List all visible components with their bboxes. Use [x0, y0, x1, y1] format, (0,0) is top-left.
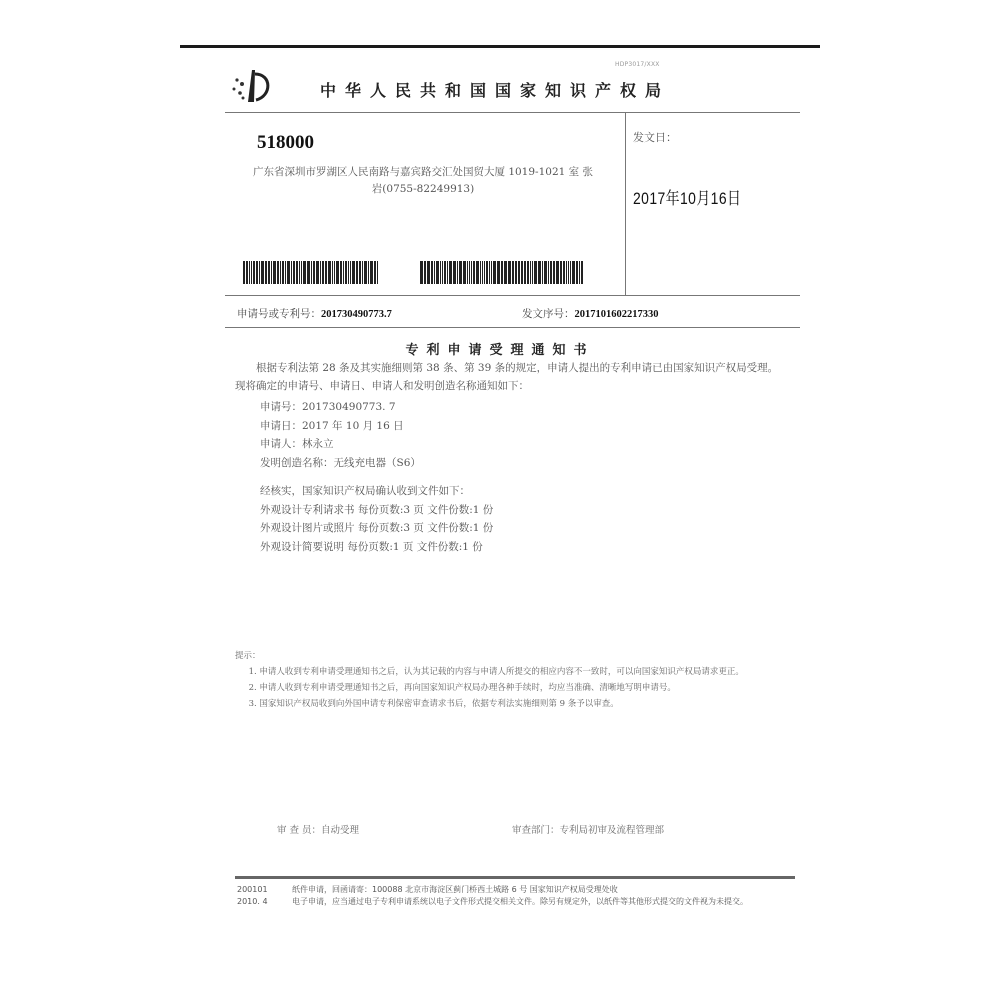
send-date: 2017年10月16日	[633, 184, 741, 209]
tips-label: 提示：	[235, 648, 795, 664]
issue-number-value: 2017101602217330	[575, 309, 659, 320]
send-date-label: 发文日：	[633, 129, 677, 145]
department-label: 审查部门：	[512, 825, 560, 836]
department: 审查部门：专利局初审及流程管理部	[512, 822, 664, 836]
footer-text: 纸件申请，回函请寄：100088 北京市海淀区蓟门桥西土城路 6 号 国家知识产…	[292, 884, 792, 908]
tip-item: 2. 申请人收到专利申请受理通知书之后，再向国家知识产权局办理各种手续时，均应当…	[235, 680, 795, 696]
notice-intro: 根据专利法第 28 条及其实施细则第 38 条、第 39 条的规定，申请人提出的…	[235, 359, 785, 395]
application-number-value: 201730490773.7	[321, 309, 392, 320]
top-rule	[180, 45, 820, 48]
file-copies: 文件份数:1 份	[427, 504, 493, 516]
issue-number: 发文序号：2017101602217330	[522, 306, 659, 321]
divider	[225, 327, 800, 328]
notice-fields: 申请号：201730490773. 7 申请日：2017 年 10 月 16 日…	[260, 398, 421, 472]
issue-number-label: 发文序号：	[522, 308, 575, 320]
cnipa-logo-icon	[228, 66, 278, 106]
address: 广东省深圳市罗湖区人民南路与嘉宾路交汇处国贸大厦 1019-1021 室 张岩(…	[248, 164, 598, 198]
field-label: 申请号：	[260, 401, 302, 413]
file-name: 外观设计简要说明	[260, 541, 344, 553]
field-application-date: 申请日：2017 年 10 月 16 日	[260, 417, 421, 436]
field-value: 2017 年 10 月 16 日	[302, 420, 404, 432]
department-value: 专利局初审及流程管理部	[560, 825, 665, 836]
examiner-value: 自动受理	[321, 825, 359, 836]
application-number-label: 申请号或专利号：	[237, 308, 321, 320]
divider	[225, 295, 800, 296]
document-code: HDP3017/XXX	[615, 61, 660, 68]
footer-line: 电子申请，应当通过电子专利申请系统以电子文件形式提交相关文件。除另有规定外，以纸…	[292, 896, 792, 908]
file-pages: 每份页数:3 页	[358, 522, 424, 534]
postcode: 518000	[257, 132, 314, 154]
file-name: 外观设计专利请求书	[260, 504, 355, 516]
field-value: 无线充电器（S6）	[334, 457, 421, 469]
footer-rule	[235, 876, 795, 879]
divider-vertical	[625, 112, 626, 295]
examiner: 审 查 员：自动受理	[277, 822, 359, 836]
file-name: 外观设计图片或照片	[260, 522, 355, 534]
field-label: 申请日：	[260, 420, 302, 432]
tip-item: 3. 国家知识产权局收到向外国申请专利保密审查请求书后，依据专利法实施细则第 9…	[235, 696, 795, 712]
file-row: 外观设计专利请求书 每份页数:3 页 文件份数:1 份	[260, 501, 493, 520]
file-copies: 文件份数:1 份	[427, 522, 493, 534]
file-pages: 每份页数:3 页	[358, 504, 424, 516]
notice-title: 专利申请受理通知书	[0, 339, 1000, 358]
file-row: 外观设计图片或照片 每份页数:3 页 文件份数:1 份	[260, 519, 493, 538]
office-name: 中华人民共和国国家知识产权局	[320, 78, 670, 101]
file-copies: 文件份数:1 份	[417, 541, 483, 553]
file-row: 外观设计简要说明 每份页数:1 页 文件份数:1 份	[260, 538, 493, 557]
form-version: 2010. 4	[237, 896, 268, 908]
files-intro: 经核实，国家知识产权局确认收到文件如下：	[260, 482, 493, 501]
field-value: 201730490773. 7	[302, 401, 396, 413]
divider	[225, 112, 800, 113]
barcode-icon	[243, 261, 390, 284]
barcode-icon	[420, 261, 595, 284]
field-invention-name: 发明创造名称：无线充电器（S6）	[260, 454, 421, 473]
field-applicant: 申请人：林永立	[260, 435, 421, 454]
footer-line: 纸件申请，回函请寄：100088 北京市海淀区蓟门桥西土城路 6 号 国家知识产…	[292, 884, 792, 896]
field-label: 发明创造名称：	[260, 457, 334, 469]
field-value: 林永立	[302, 438, 334, 450]
field-application-number: 申请号：201730490773. 7	[260, 398, 421, 417]
file-pages: 每份页数:1 页	[347, 541, 413, 553]
tip-item: 1. 申请人收到专利申请受理通知书之后，认为其记载的内容与申请人所提交的相应内容…	[235, 664, 795, 680]
field-label: 申请人：	[260, 438, 302, 450]
tips: 提示： 1. 申请人收到专利申请受理通知书之后，认为其记载的内容与申请人所提交的…	[235, 648, 795, 712]
application-number: 申请号或专利号：201730490773.7	[237, 306, 392, 321]
received-files: 经核实，国家知识产权局确认收到文件如下： 外观设计专利请求书 每份页数:3 页 …	[260, 482, 493, 556]
examiner-label: 审 查 员：	[277, 825, 321, 836]
form-code: 200101	[237, 884, 268, 896]
footer-codes: 200101 2010. 4	[237, 884, 268, 908]
